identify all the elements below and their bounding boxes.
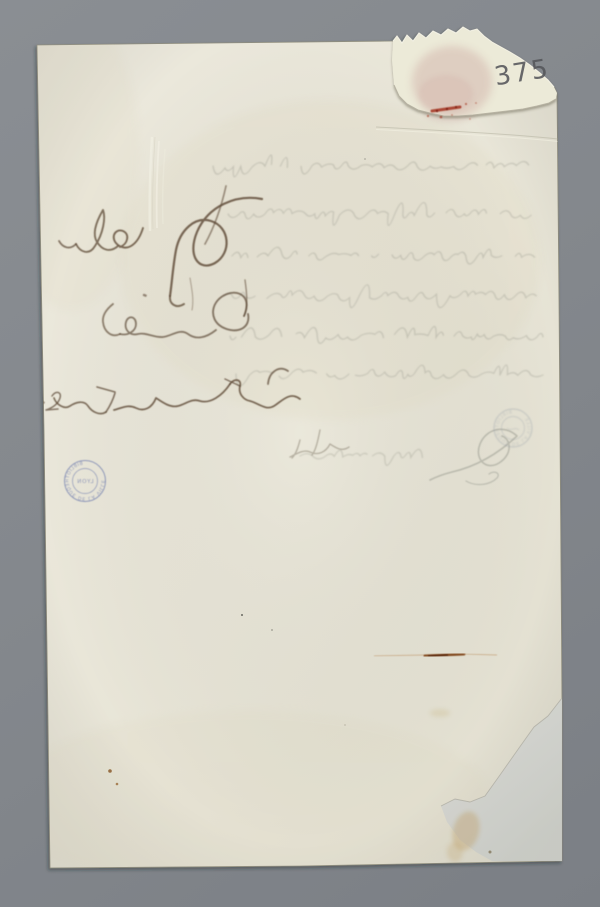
wax-residue-stain (419, 75, 473, 113)
library-stamp-center-text: LYON (76, 479, 93, 485)
document-photo: BIBLIOTHÈQUE DE LA VILLE LYON BIBLIOTHÈQ… (0, 0, 600, 907)
ink-bleedthrough-stroke (144, 295, 146, 296)
paper-mottle (0, 10, 140, 310)
paper-mottle (10, 710, 490, 890)
artwork-canvas: BIBLIOTHÈQUE DE LA VILLE LYON BIBLIOTHÈQ… (0, 0, 600, 907)
paper-mottle (120, 100, 540, 420)
